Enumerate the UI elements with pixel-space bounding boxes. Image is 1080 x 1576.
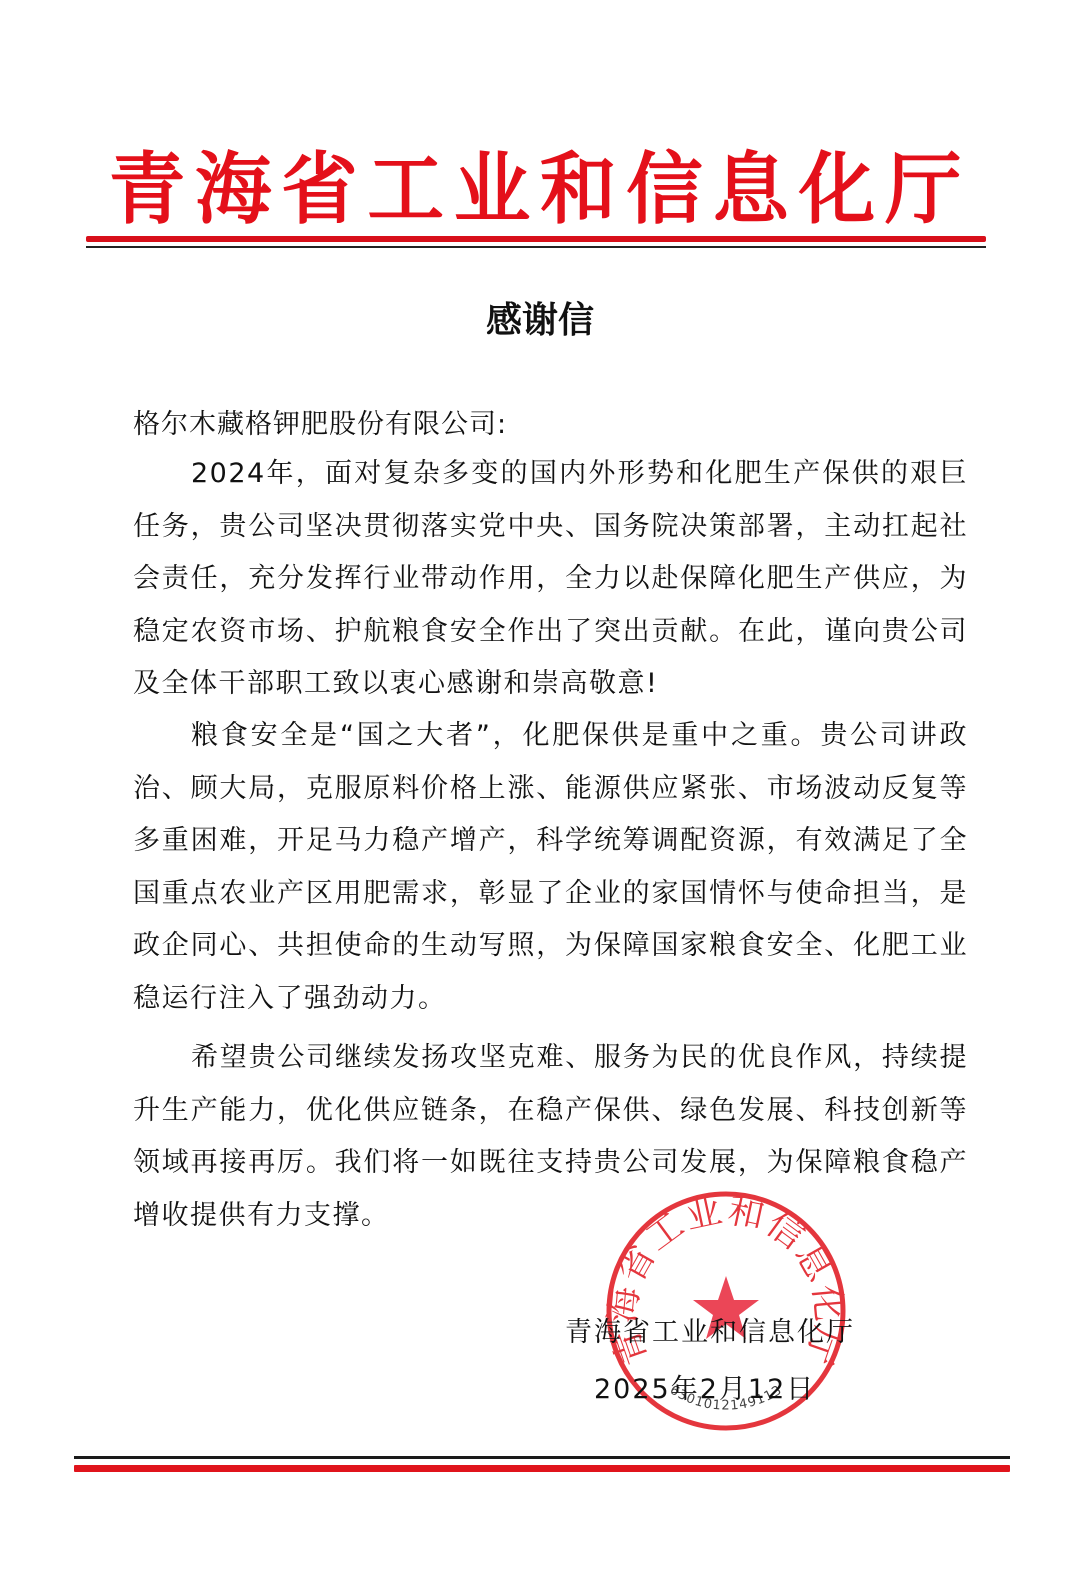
letterhead-red-rule bbox=[86, 236, 986, 242]
footer-red-rule bbox=[74, 1465, 1010, 1472]
body-paragraph-2: 粮食安全是“国之大者”，化肥保供是重中之重。贵公司讲政治、顾大局，克服原料价格上… bbox=[133, 710, 968, 1025]
salutation: 格尔木藏格钾肥股份有限公司: bbox=[133, 402, 507, 441]
footer-black-rule bbox=[74, 1456, 1010, 1459]
signature-organization: 青海省工业和信息化厅 bbox=[565, 1310, 855, 1349]
letterhead-black-rule bbox=[86, 246, 986, 248]
body-paragraph-1: 2024年，面对复杂多变的国内外形势和化肥生产保供的艰巨任务，贵公司坚决贯彻落实… bbox=[133, 448, 968, 711]
document-title: 感谢信 bbox=[0, 292, 1080, 343]
signature-date: 2025年2月12日 bbox=[594, 1367, 815, 1406]
letterhead-title: 青海省工业和信息化厅 bbox=[11, 142, 1069, 238]
